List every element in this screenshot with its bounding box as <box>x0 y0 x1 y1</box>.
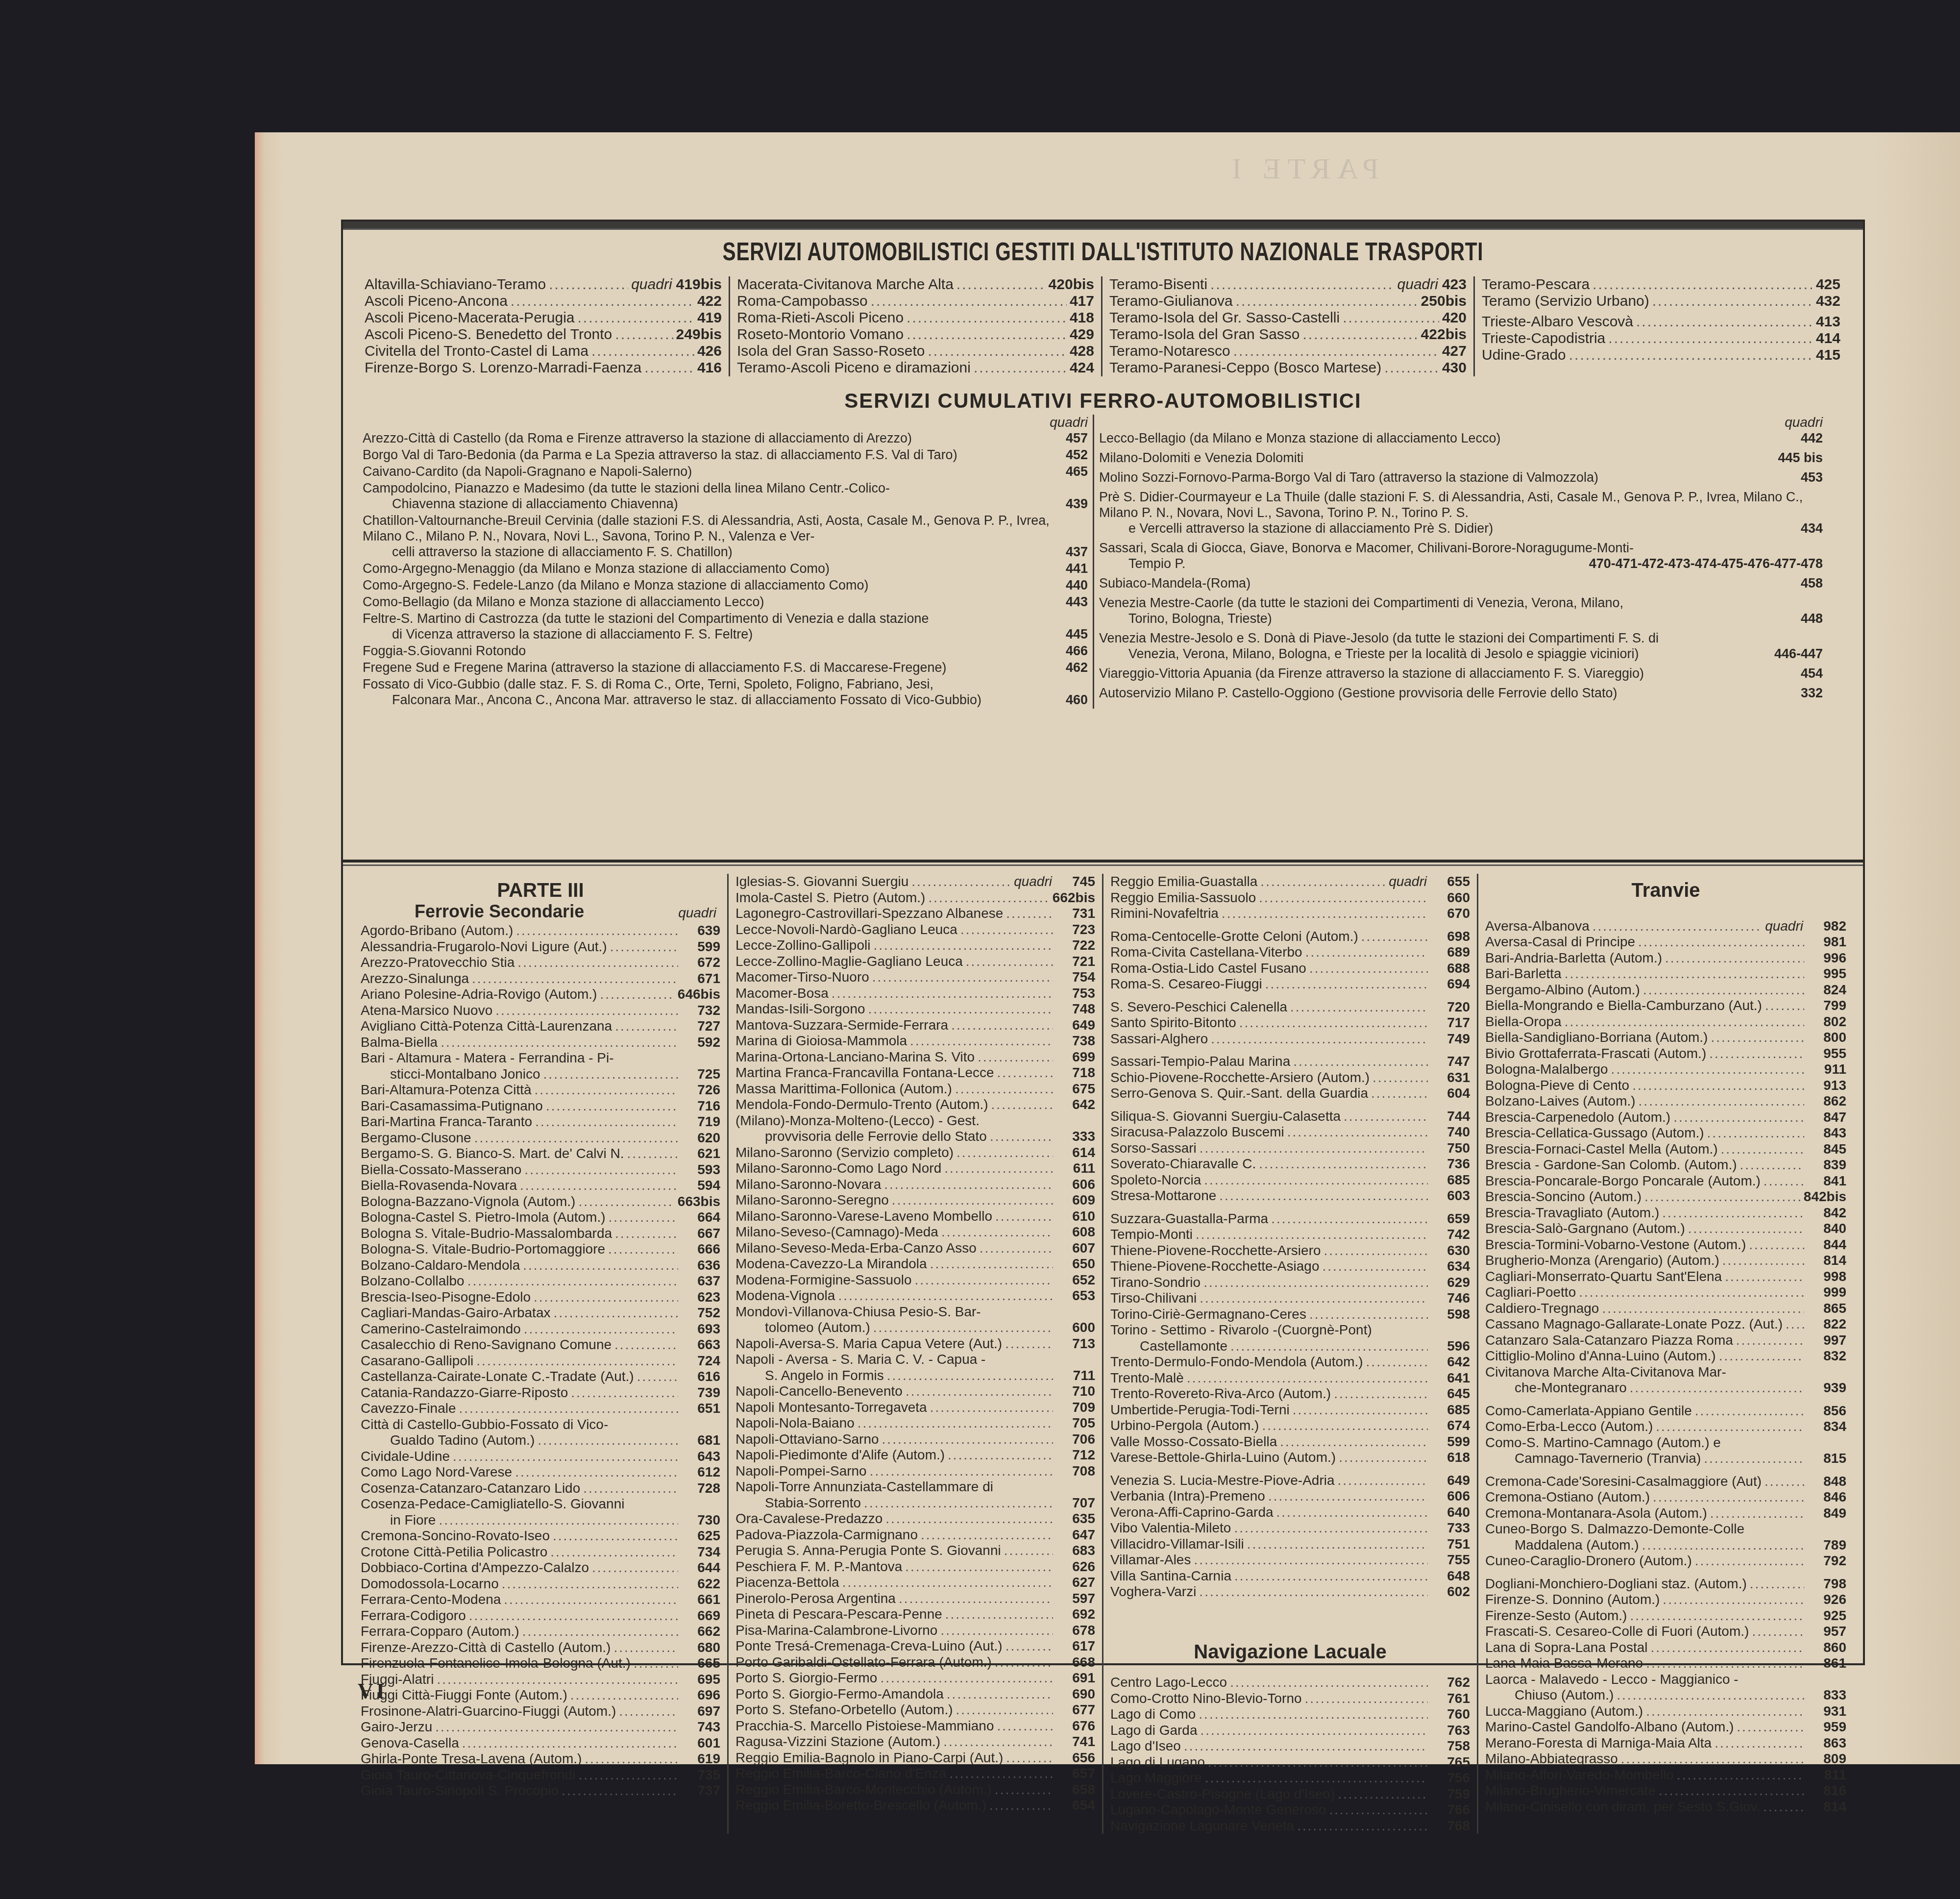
table-number: 688 <box>1431 961 1470 977</box>
table-number: 814 <box>1807 1799 1846 1815</box>
table-number: 692 <box>1056 1606 1095 1623</box>
entry-name: Caldiero-Tregnago <box>1485 1301 1599 1317</box>
index-entry: Spoleto-Norcia685 <box>1110 1172 1470 1188</box>
index-entry: Camerino-Castelraimondo693 <box>361 1321 720 1337</box>
table-number: 860 <box>1807 1640 1846 1656</box>
entry-name: Laorca - Malavedo - Lecco - Maggianico - <box>1485 1672 1846 1688</box>
leader-dots <box>1287 1124 1428 1140</box>
entry-name: Caivano-Cardito (da Napoli-Gragnano e Na… <box>363 464 1049 479</box>
leader-dots <box>1205 1770 1428 1786</box>
table-number: 620 <box>681 1130 720 1146</box>
leader-dots <box>1695 1553 1804 1569</box>
index-entry: Thiene-Piovene-Rocchette-Arsiero630 <box>1110 1243 1470 1259</box>
entry-name: Firenze-S. Donnino (Autom.) <box>1485 1592 1660 1608</box>
index-entry: Marina di Gioiosa-Mammola738 <box>735 1033 1095 1049</box>
entry-name: Napoli-Ottaviano-Sarno <box>735 1431 879 1448</box>
entry-name: Ariano Polesine-Adria-Rovigo (Autom.) <box>361 986 597 1003</box>
leader-dots <box>1569 347 1813 364</box>
index-entry: Castellanza-Cairate-Lonate C.-Tradate (A… <box>361 1369 720 1385</box>
table-number: 695 <box>681 1672 720 1688</box>
entry-name: Voghera-Varzi <box>1110 1584 1196 1600</box>
leader-dots <box>1646 1655 1804 1672</box>
table-number: 460 <box>1049 692 1088 708</box>
table-number: 691 <box>1056 1670 1095 1686</box>
leader-dots <box>1271 1211 1428 1227</box>
entry-name: Mandas-Isili-Sorgono <box>735 1001 865 1017</box>
entry-name: Dobbiaco-Cortina d'Ampezzo-Calalzo <box>361 1560 589 1576</box>
table-number: 768 <box>1431 1818 1470 1834</box>
index-entry: Laorca - Malavedo - Lecco - Maggianico -… <box>1485 1672 1846 1703</box>
table-number: 824 <box>1807 982 1846 998</box>
index-entry: Vibo Valentia-Mileto733 <box>1110 1520 1470 1536</box>
leader-dots <box>1765 998 1804 1014</box>
leader-dots <box>906 310 1067 326</box>
table-number: 448 <box>1784 611 1823 626</box>
index-entry: Bari-Altamura-Potenza Città726 <box>361 1082 720 1098</box>
leader-dots <box>1371 1085 1428 1102</box>
leader-dots <box>1200 1140 1428 1157</box>
index-entry: Teramo-Isola del Gr. Sasso-Castelli420 <box>1109 310 1467 326</box>
table-number: 592 <box>681 1035 720 1051</box>
index-entry: Balma-Biella592 <box>361 1035 720 1051</box>
leader-dots <box>1199 1584 1428 1600</box>
table-number: 814 <box>1807 1253 1846 1269</box>
index-entry: Roma-Centocelle-Grotte Celoni (Autom.)69… <box>1110 929 1470 945</box>
leader-dots <box>1276 1504 1428 1521</box>
leader-dots <box>1265 976 1428 992</box>
leader-dots <box>947 1686 1053 1702</box>
table-number: 641 <box>1431 1370 1470 1386</box>
index-entry: Serro-Genova S. Quir.-Sant. della Guardi… <box>1110 1085 1470 1102</box>
entry-name: Bolzano-Collalbo <box>361 1273 465 1289</box>
table-number: 445 bis <box>1773 450 1823 466</box>
table-number: 420bis <box>1049 276 1094 293</box>
leader-dots <box>1262 1418 1428 1434</box>
table-number: 663 <box>681 1337 720 1353</box>
table-number: 762 <box>1431 1675 1470 1691</box>
index-entry: Teramo-Pescara425 <box>1482 276 1840 293</box>
leader-dots <box>1384 360 1439 376</box>
entry-name: Marina-Ortona-Lanciano-Marina S. Vito <box>735 1049 975 1065</box>
index-entry: Lana-Maia Bassa-Merano861 <box>1485 1655 1846 1672</box>
entry-name: Udine-Grado <box>1482 347 1566 364</box>
leader-dots <box>608 1241 678 1258</box>
entry-name: Milano-Saronno (Servizio completo) <box>735 1145 954 1161</box>
entry-name: Perugia S. Anna-Perugia Ponte S. Giovann… <box>735 1543 1001 1559</box>
entry-name: Firenze-Arezzo-Città di Castello (Autom.… <box>361 1640 611 1656</box>
leader-dots <box>928 890 1049 906</box>
entry-name: Pracchia-S. Marcello Pistoiese-Mammiano <box>735 1718 994 1734</box>
leader-dots <box>1740 1157 1804 1173</box>
table-number: 419 <box>697 310 722 326</box>
table-number: 426 <box>697 343 722 360</box>
leader-dots <box>899 1591 1053 1607</box>
entry-name: Teramo-Isola del Gr. Sasso-Castelli <box>1109 310 1340 326</box>
table-number: 671 <box>681 971 720 987</box>
entry-name: Roma-Centocelle-Grotte Celoni (Autom.) <box>1110 929 1358 945</box>
leader-dots <box>960 922 1053 938</box>
leader-dots <box>644 360 694 376</box>
table-number: 957 <box>1807 1624 1846 1640</box>
index-entry: Porto Garibaldi-Ostellato-Ferrara (Autom… <box>735 1654 1095 1671</box>
entry-name: Cremona-Soncino-Rovato-Iseo <box>361 1528 550 1544</box>
leader-dots <box>553 1528 678 1544</box>
table-number: 955 <box>1807 1046 1846 1062</box>
index-entry: Teramo-Ascoli Piceno e diramazioni424 <box>737 360 1094 376</box>
leader-dots <box>906 326 1067 343</box>
table-number: 457 <box>1049 430 1088 446</box>
index-entry: Porto S. Giorgio-Fermo-Amandola690 <box>735 1686 1095 1702</box>
table-number: 672 <box>681 955 720 971</box>
entry-name: Frascati-S. Cesareo-Colle di Fuori (Auto… <box>1485 1624 1749 1640</box>
entry-name: Como-Crotto Nino-Blevio-Torno <box>1110 1691 1302 1707</box>
leader-dots <box>1750 1576 1804 1592</box>
index-entry: Peschiera F. M. P.-Mantova626 <box>735 1559 1095 1575</box>
istituto-columns: Altavilla-Schiaviano-Teramoquadri419bisA… <box>358 276 1847 376</box>
entry-name: Lucca-Maggiano (Autom.) <box>1485 1703 1643 1720</box>
table-number: 332 <box>1784 685 1823 701</box>
leader-dots <box>1222 906 1428 922</box>
index-entry: Lago Maggiore756 <box>1110 1770 1470 1786</box>
index-entry: Ariano Polesine-Adria-Rovigo (Autom.)646… <box>361 986 720 1003</box>
table-number: 677 <box>1056 1702 1095 1718</box>
table-number: 649 <box>1431 1473 1470 1489</box>
leader-dots <box>949 1766 1053 1782</box>
entry-name: Arezzo-Sinalunga <box>361 971 469 987</box>
table-number: 816 <box>1807 1783 1846 1799</box>
entry-name-continued: che-Montegranaro <box>1515 1380 1627 1396</box>
index-entry: Milano-Saronno-Novara606 <box>735 1177 1095 1193</box>
entry-name: Gioia Tauro-Cittanova-Cinquefrondi <box>361 1767 575 1783</box>
index-entry: Milano-Seveso-Meda-Erba-Canzo Asso607 <box>735 1240 1095 1257</box>
table-number: 705 <box>1056 1415 1095 1431</box>
leader-dots <box>1210 276 1394 293</box>
leader-dots <box>591 343 694 360</box>
leader-dots <box>966 954 1053 970</box>
leader-dots <box>1208 1754 1428 1771</box>
table-number: 674 <box>1431 1418 1470 1434</box>
entry-name: Casarano-Gallipoli <box>361 1353 473 1369</box>
index-entry: Brescia - Gardone-San Colomb. (Autom.)83… <box>1485 1157 1846 1173</box>
index-entry: Torino - Settimo - Rivarolo -(Cuorgnè-Po… <box>1110 1322 1470 1354</box>
leader-dots <box>1219 1188 1428 1204</box>
entry-name: Altavilla-Schiaviano-Teramo <box>365 276 546 293</box>
table-number: 723 <box>1056 922 1095 938</box>
index-entry: Villa Santina-Carnia648 <box>1110 1568 1470 1584</box>
leader-dots <box>884 1177 1053 1193</box>
entry-name: Teramo (Servizio Urbano) <box>1482 293 1649 310</box>
cumulativo-entry: Borgo Val di Taro-Bedonia (da Parma e La… <box>363 447 1088 463</box>
table-number: 465 <box>1049 464 1088 479</box>
entry-name: Lecce-Novoli-Nardò-Gagliano Leuca <box>735 922 957 938</box>
index-entry: Firenze-Borgo S. Lorenzo-Marradi-Faenza4… <box>365 360 722 376</box>
leader-dots <box>974 360 1067 376</box>
leader-dots <box>921 1527 1053 1543</box>
entry-name: Tirso-Chilivani <box>1110 1290 1197 1307</box>
entry-name: Bologna-Bazzano-Vignola (Autom.) <box>361 1194 575 1210</box>
entry-name: Roma-Ostia-Lido Castel Fusano <box>1110 961 1306 977</box>
entry-name: Lago di Como <box>1110 1706 1196 1723</box>
entry-name: Trento-Rovereto-Riva-Arco (Autom.) <box>1110 1386 1331 1402</box>
index-entry: Napoli-Cancello-Benevento710 <box>735 1383 1095 1400</box>
index-entry: Brescia-Carpenedolo (Autom.)847 <box>1485 1110 1846 1126</box>
entry-name: Macomer-Tirso-Nuoro <box>735 969 869 986</box>
index-entry: Como-Erba-Lecco (Autom.)834 <box>1485 1419 1846 1435</box>
leader-dots <box>1305 1691 1428 1707</box>
leader-dots <box>1322 1258 1428 1275</box>
index-entry: Roma-Rieti-Ascoli Piceno418 <box>737 310 1094 326</box>
page-number: VI <box>358 1678 388 1703</box>
index-entry: Casarano-Gallipoli724 <box>361 1353 720 1369</box>
index-entry: Torino-Ciriè-Germagnano-Ceres598 <box>1110 1307 1470 1323</box>
table-number: 681 <box>681 1432 720 1449</box>
entry-name: Mondovì-Villanova-Chiusa Pesio-S. Bar- <box>735 1304 1095 1320</box>
index-entry: Cividale-Udine643 <box>361 1449 720 1465</box>
leader-dots <box>516 923 678 939</box>
entry-name: Venezia Mestre-Jesolo e S. Donà di Piave… <box>1099 630 1823 646</box>
entry-name: Como-Argegno-S. Fedele-Lanzo (da Milano … <box>363 577 1049 593</box>
table-number: 760 <box>1431 1706 1470 1723</box>
table-number: 611 <box>1056 1160 1095 1177</box>
index-entry: Milano-Seveso-(Camnago)-Meda608 <box>735 1224 1095 1240</box>
table-number: 642 <box>1431 1354 1470 1370</box>
index-entry: Pisa-Marina-Calambrone-Livorno678 <box>735 1623 1095 1639</box>
index-entry: Milano-Affori-Varedo-Mombello811 <box>1485 1767 1846 1783</box>
entry-name: Roma-Rieti-Ascoli Piceno <box>737 310 904 326</box>
leader-dots <box>1194 1552 1428 1568</box>
entry-name: Camerino-Castelraimondo <box>361 1321 521 1337</box>
entry-name: Bologna-Castel S. Pietro-Imola (Autom.) <box>361 1209 606 1226</box>
index-entry: Bologna S. Vitale-Budrio-Massalombarda66… <box>361 1226 720 1242</box>
table-number: 798 <box>1807 1576 1846 1592</box>
entry-name: Casalecchio di Reno-Savignano Comune <box>361 1337 612 1353</box>
entry-name: Cremona-Cade'Soresini-Casalmaggiore (Aut… <box>1485 1474 1762 1490</box>
index-entry: Como Lago Nord-Varese612 <box>361 1464 720 1480</box>
entry-name: Napoli Montesanto-Torregaveta <box>735 1400 927 1416</box>
index-entry: Reggio Emilia-Guastallaquadri655 <box>1110 874 1470 890</box>
entry-name: Porto Garibaldi-Ostellato-Ferrara (Autom… <box>735 1654 992 1671</box>
istituto-column: Teramo-Pescara425Teramo (Servizio Urbano… <box>1475 276 1847 376</box>
entry-name: Imola-Castel S. Pietro (Autom.) <box>735 890 925 906</box>
entry-name: Biella-Rovasenda-Novara <box>361 1178 517 1194</box>
index-entry: Domodossola-Locarno622 <box>361 1576 720 1592</box>
leader-dots <box>1234 1520 1428 1536</box>
table-number: 627 <box>1056 1575 1095 1591</box>
table-number: 710 <box>1056 1383 1095 1400</box>
index-entry: Biella-Oropa802 <box>1485 1014 1846 1030</box>
leader-dots <box>1656 1419 1804 1435</box>
index-entry: Altavilla-Schiaviano-Teramoquadri419bis <box>365 276 722 293</box>
table-number: 730 <box>681 1512 720 1529</box>
index-entry: Merano-Foresta di Marniga-Maia Alta863 <box>1485 1735 1846 1751</box>
entry-name: Venezia S. Lucia-Mestre-Piove-Adria <box>1110 1473 1335 1489</box>
table-number: 747 <box>1431 1054 1470 1070</box>
entry-name: Cassano Magnago-Gallarate-Lonate Pozz. (… <box>1485 1316 1783 1332</box>
leader-dots <box>930 1256 1053 1272</box>
leader-dots <box>956 276 1046 293</box>
tranvie-column: Tranvie Aversa-Albanovaquadri982Aversa-C… <box>1478 874 1853 1834</box>
leader-dots <box>634 1655 678 1672</box>
entry-name: Lago di Garda <box>1110 1723 1197 1739</box>
table-number: 656 <box>1056 1750 1095 1766</box>
index-entry: Bolzano-Laives (Autom.)862 <box>1485 1093 1846 1110</box>
entry-name: Avigliano Città-Potenza Città-Laurenzana <box>361 1018 612 1035</box>
table-number: 428 <box>1070 343 1094 360</box>
entry-name: Torino-Ciriè-Germagnano-Ceres <box>1110 1307 1306 1323</box>
table-number: 666 <box>681 1241 720 1258</box>
leader-dots <box>945 1606 1053 1623</box>
table-number: 685 <box>1431 1402 1470 1418</box>
leader-dots <box>1005 1638 1053 1654</box>
leader-dots <box>1659 1783 1804 1799</box>
entry-name: Merano-Foresta di Marniga-Maia Alta <box>1485 1735 1712 1751</box>
table-number: 443 <box>1049 594 1088 610</box>
leader-dots <box>832 986 1053 1002</box>
table-number: 694 <box>1431 976 1470 992</box>
entry-name: Ascoli Piceno-Macerata-Perugia <box>365 310 575 326</box>
quadri-label: quadri <box>1397 276 1438 293</box>
table-number: 653 <box>1056 1288 1095 1304</box>
leader-dots <box>995 1782 1053 1798</box>
table-number: 640 <box>1431 1504 1470 1521</box>
entry-name: Crotone Città-Petilia Policastro <box>361 1544 547 1560</box>
leader-dots <box>637 1369 678 1385</box>
leader-dots <box>887 1368 1053 1384</box>
leader-dots <box>1280 1434 1428 1450</box>
entry-name: Teramo-Pescara <box>1482 276 1590 293</box>
table-number: 698 <box>1431 929 1470 945</box>
table-number: 709 <box>1056 1400 1095 1416</box>
entry-name: Milano-Saronno-Varese-Laveno Mombello <box>735 1208 992 1225</box>
index-entry: Cremona-Soncino-Rovato-Iseo625 <box>361 1528 720 1544</box>
entry-name: Ascoli Piceno-S. Benedetto del Tronto <box>365 326 612 343</box>
index-entry: Lucca-Maggiano (Autom.)931 <box>1485 1703 1846 1720</box>
index-entry: Teramo-Bisentiquadri423 <box>1109 276 1467 293</box>
entry-name: Lovere-Castro-Pisogne (Lago d'Iseo) <box>1110 1786 1335 1802</box>
entry-name: Ascoli Piceno-Ancona <box>365 293 508 310</box>
index-entry: Ora-Cavalese-Predazzo635 <box>735 1511 1095 1527</box>
index-entry: Verbania (Intra)-Premeno606 <box>1110 1488 1470 1504</box>
leader-dots <box>1638 934 1804 950</box>
entry-name: Teramo-Ascoli Piceno e diramazioni <box>737 360 971 376</box>
leader-dots <box>1665 950 1804 966</box>
leader-dots <box>1704 1451 1804 1467</box>
leader-dots <box>1343 310 1439 326</box>
entry-name: Napoli - Aversa - S. Maria C. V. - Capua… <box>735 1352 1095 1368</box>
index-entry: Cuneo-Caraglio-Dronero (Autom.)792 <box>1485 1553 1846 1569</box>
table-number: 712 <box>1056 1447 1095 1463</box>
table-number: 603 <box>1431 1188 1470 1204</box>
entry-name: Reggio Emilia-Sassuolo <box>1110 890 1256 906</box>
table-number: 720 <box>1431 999 1470 1015</box>
entry-name: Bologna-S. Vitale-Budrio-Portomaggiore <box>361 1241 605 1258</box>
table-number: 445 <box>1049 626 1088 642</box>
table-number: 599 <box>681 939 720 955</box>
table-number: 441 <box>1049 561 1088 576</box>
leader-dots <box>1663 1592 1804 1608</box>
entry-name: Brescia-Fornaci-Castel Mella (Autom.) <box>1485 1141 1718 1158</box>
leader-dots <box>553 1305 678 1321</box>
table-number: 439 <box>1049 496 1088 512</box>
table-number: 453 <box>1784 469 1823 485</box>
entry-name: Reggio Emilia-Barco-Montecchio (Autom.) <box>735 1782 992 1798</box>
leader-dots <box>1643 982 1804 998</box>
leader-dots <box>868 1001 1053 1017</box>
index-entry: Napoli-Nola-Baiano705 <box>735 1415 1095 1431</box>
leader-dots <box>997 1718 1053 1734</box>
index-entry: Teramo-Giulianova250bis <box>1109 293 1467 310</box>
leader-dots <box>995 1654 1053 1671</box>
leader-dots <box>1715 1735 1804 1751</box>
table-number: 434 <box>1784 520 1823 536</box>
entry-name: Trento-Dermulo-Fondo-Mendola (Autom.) <box>1110 1354 1363 1370</box>
entry-name-continued: di Vicenza attraverso la stazione di all… <box>363 626 1049 642</box>
table-number: 706 <box>1056 1431 1095 1448</box>
leader-dots <box>1005 1336 1053 1352</box>
index-entry: Ragusa-Vizzini Stazione (Autom.)741 <box>735 1734 1095 1750</box>
table-number: 750 <box>1431 1140 1470 1157</box>
entry-name: Bergamo-S. G. Bianco-S. Mart. de' Calvi … <box>361 1146 624 1162</box>
index-entry: Biella-Sandigliano-Borriana (Autom.)800 <box>1485 1030 1846 1046</box>
leader-dots <box>474 1130 678 1146</box>
entry-name: Macerata-Civitanova Marche Alta <box>737 276 954 293</box>
entry-name: Bivio Grottaferrata-Frascati (Autom.) <box>1485 1046 1706 1062</box>
table-number: 430 <box>1442 360 1467 376</box>
table-number: 731 <box>1056 906 1095 922</box>
table-number: 856 <box>1807 1403 1846 1419</box>
leader-dots <box>1290 999 1428 1015</box>
cumulativo-entry: Foggia-S.Giovanni Rotondo466 <box>363 643 1088 659</box>
index-entry: Roma-S. Cesareo-Fiuggi694 <box>1110 976 1470 992</box>
index-entry: Iglesias-S. Giovanni Suergiuquadri745 <box>735 874 1095 890</box>
index-entry: Reggio Emilia-Barco-Ciano d'Enza657 <box>735 1766 1095 1782</box>
index-entry: Teramo-Notaresco427 <box>1109 343 1467 360</box>
entry-name: Civitella del Tronto-Castel di Lama <box>365 343 588 360</box>
cumulativi-left-column: quadri Arezzo-Città di Castello (da Roma… <box>358 415 1093 709</box>
leader-dots <box>1662 1205 1804 1221</box>
table-number: 722 <box>1056 937 1095 954</box>
index-entry: Napoli - Aversa - S. Maria C. V. - Capua… <box>735 1352 1095 1383</box>
entry-name: Borgo Val di Taro-Bedonia (da Parma e La… <box>363 447 1049 463</box>
leader-dots <box>1651 1640 1804 1656</box>
entry-name: Como-Erba-Lecco (Autom.) <box>1485 1419 1653 1435</box>
leader-dots <box>1309 961 1428 977</box>
entry-name: Napoli-Cancello-Benevento <box>735 1383 903 1400</box>
cumulativo-entry: Molino Sozzi-Fornovo-Parma-Borgo Val di … <box>1099 469 1823 485</box>
table-number: 748 <box>1056 1001 1095 1017</box>
table-number: 708 <box>1056 1463 1095 1480</box>
index-entry: Valle Mosso-Cossato-Biella599 <box>1110 1434 1470 1450</box>
leader-dots <box>1196 1227 1428 1243</box>
index-entry: Napoli-Ottaviano-Sarno706 <box>735 1431 1095 1448</box>
table-number: 675 <box>1056 1081 1095 1097</box>
leader-dots <box>1334 1386 1428 1402</box>
leader-dots <box>1736 1332 1804 1349</box>
table-number: 413 <box>1816 314 1840 330</box>
leader-dots <box>1725 1269 1804 1285</box>
entry-name: Reggio Emilia-Boretto-Brescello (Autom.) <box>735 1798 986 1814</box>
table-number: 417 <box>1070 293 1094 310</box>
leader-dots <box>517 955 678 971</box>
table-number: 676 <box>1056 1718 1095 1734</box>
table-number: 648 <box>1431 1568 1470 1584</box>
index-entry: Teramo-Isola del Gran Sasso422bis <box>1109 326 1467 343</box>
entry-name: Biella-Cossato-Masserano <box>361 1162 521 1178</box>
leader-dots <box>910 1033 1053 1049</box>
cumulativo-entry: Caivano-Cardito (da Napoli-Gragnano e Na… <box>363 464 1088 479</box>
leader-dots <box>885 1511 1053 1527</box>
leader-dots <box>502 1576 678 1592</box>
